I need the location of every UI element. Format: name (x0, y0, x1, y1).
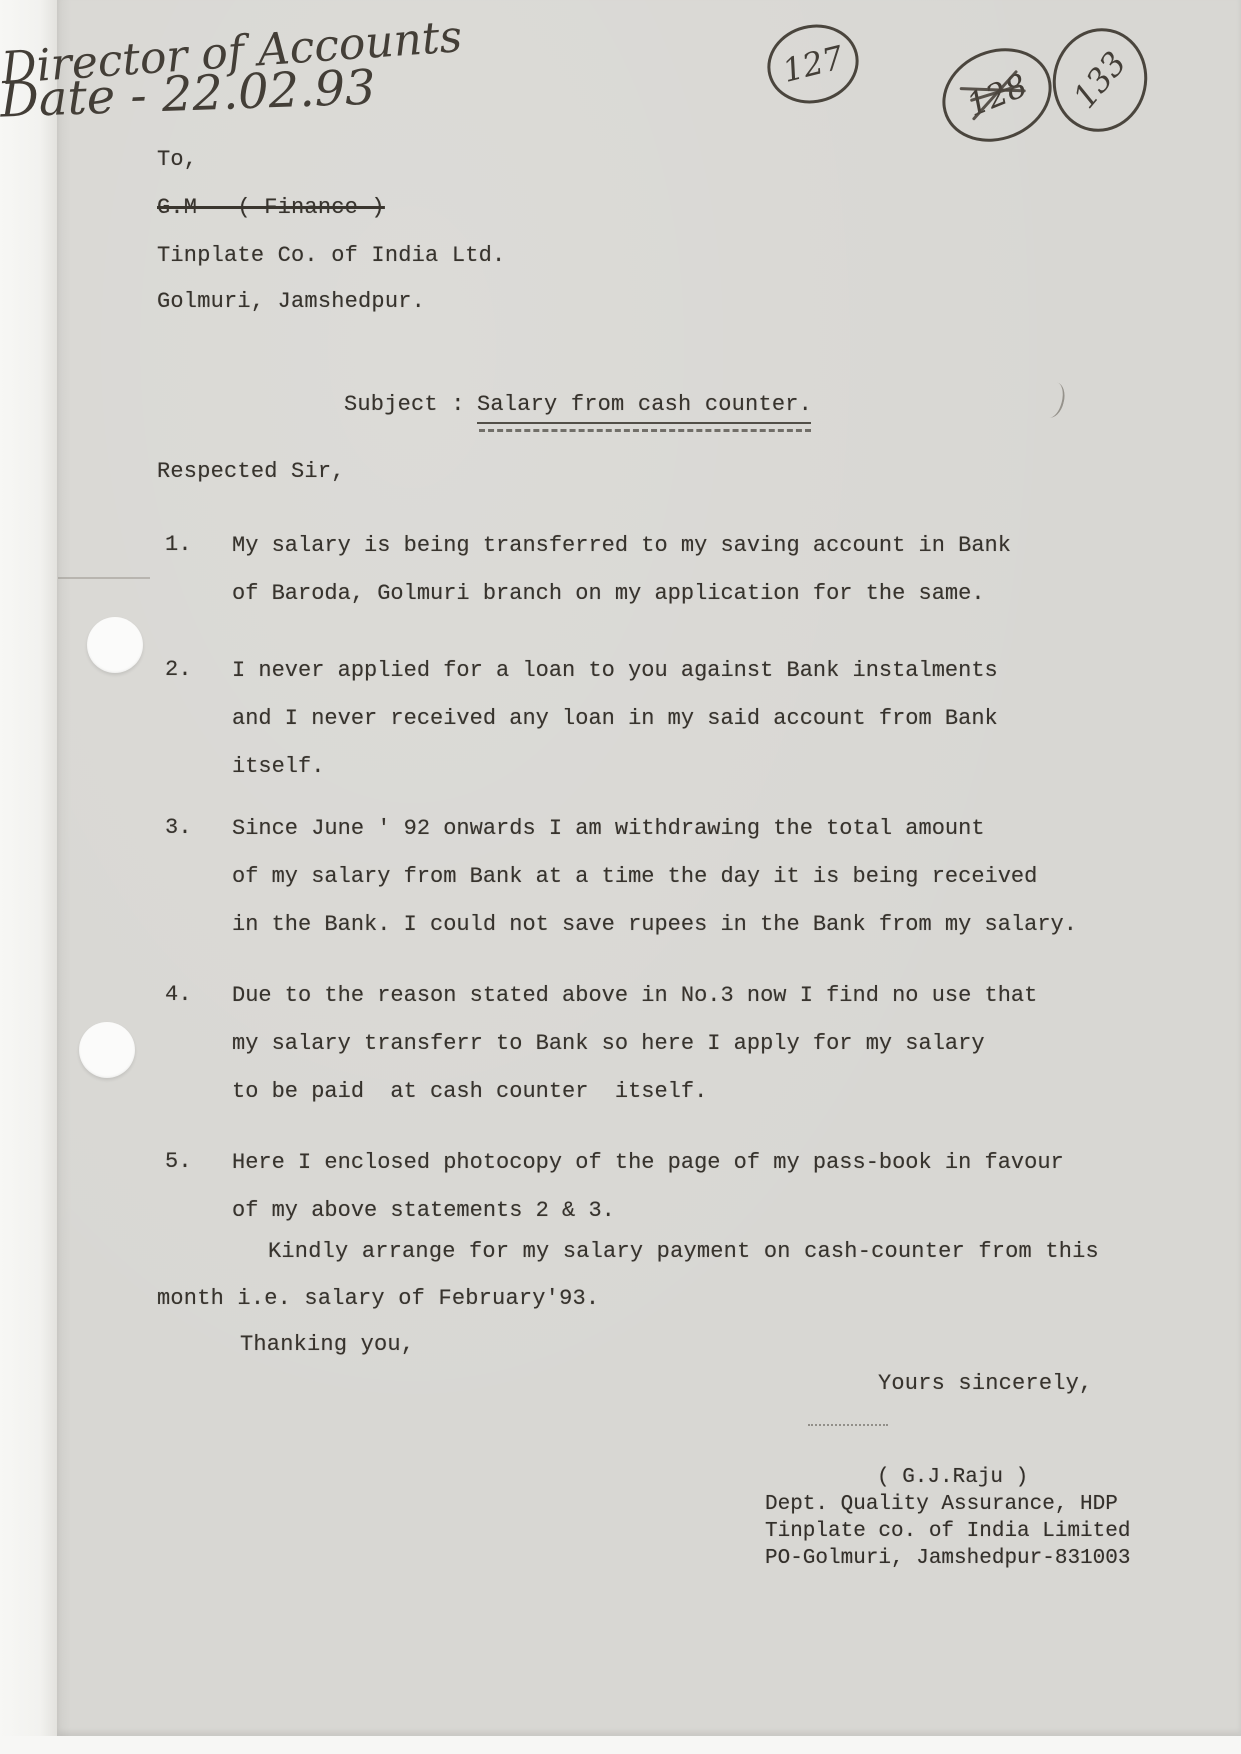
subject-underline (477, 422, 811, 424)
pencil-mark (58, 577, 150, 579)
valediction: Yours sincerely, (878, 1372, 1092, 1396)
thanking-you: Thanking you, (240, 1333, 414, 1357)
recipient-city: Golmuri, Jamshedpur. (157, 290, 425, 314)
signature-name: ( G.J.Raju ) (765, 1466, 1130, 1493)
recipient-company: Tinplate Co. of India Ltd. (157, 244, 505, 268)
point-line: of my salary from Bank at a time the day… (232, 864, 1132, 912)
signature-address: PO-Golmuri, Jamshedpur-831003 (765, 1547, 1130, 1574)
signature-dept: Dept. Quality Assurance, HDP (765, 1493, 1130, 1520)
subject-text: Salary from cash counter. (477, 393, 812, 417)
point-number: 2. (165, 658, 192, 682)
point-line: Due to the reason stated above in No.3 n… (232, 983, 1132, 1031)
hole-punch-bottom (79, 1022, 135, 1078)
request-line-1: Kindly arrange for my salary payment on … (268, 1240, 1099, 1264)
point-line: in the Bank. I could not save rupees in … (232, 912, 1132, 960)
signature-dotted-line (808, 1424, 888, 1426)
hole-punch-top (87, 617, 143, 673)
point-line: and I never received any loan in my said… (232, 706, 1132, 754)
point-number: 1. (165, 533, 192, 557)
point-line: I never applied for a loan to you agains… (232, 658, 1132, 706)
point-line: Here I enclosed photocopy of the page of… (232, 1150, 1132, 1198)
point-number: 4. (165, 983, 192, 1007)
greeting: Respected Sir, (157, 460, 345, 484)
point-line: Since June ' 92 onwards I am withdrawing… (232, 816, 1132, 864)
point-number: 3. (165, 816, 192, 840)
scanner-left-margin (0, 0, 57, 1754)
scanned-letter: 127 128 133 To, G.M ( Finance ) Director… (0, 0, 1241, 1754)
signature-block: ( G.J.Raju ) Dept. Quality Assurance, HD… (765, 1466, 1130, 1574)
point-line: to be paid at cash counter itself. (232, 1079, 1132, 1127)
subject-underline-dashed (479, 429, 811, 432)
to-label: To, (157, 148, 197, 172)
point-line: my salary transferr to Bank so here I ap… (232, 1031, 1132, 1079)
point-line: My salary is being transferred to my sav… (232, 533, 1132, 581)
subject-label: Subject : (344, 393, 478, 417)
point-number: 5. (165, 1150, 192, 1174)
point-line: itself. (232, 754, 1132, 802)
scanner-bottom-margin (0, 1736, 1241, 1754)
point-line: of Baroda, Golmuri branch on my applicat… (232, 581, 1132, 629)
struck-recipient: G.M ( Finance ) (157, 196, 385, 220)
request-line-2: month i.e. salary of February'93. (157, 1287, 599, 1311)
signature-company: Tinplate co. of India Limited (765, 1520, 1130, 1547)
